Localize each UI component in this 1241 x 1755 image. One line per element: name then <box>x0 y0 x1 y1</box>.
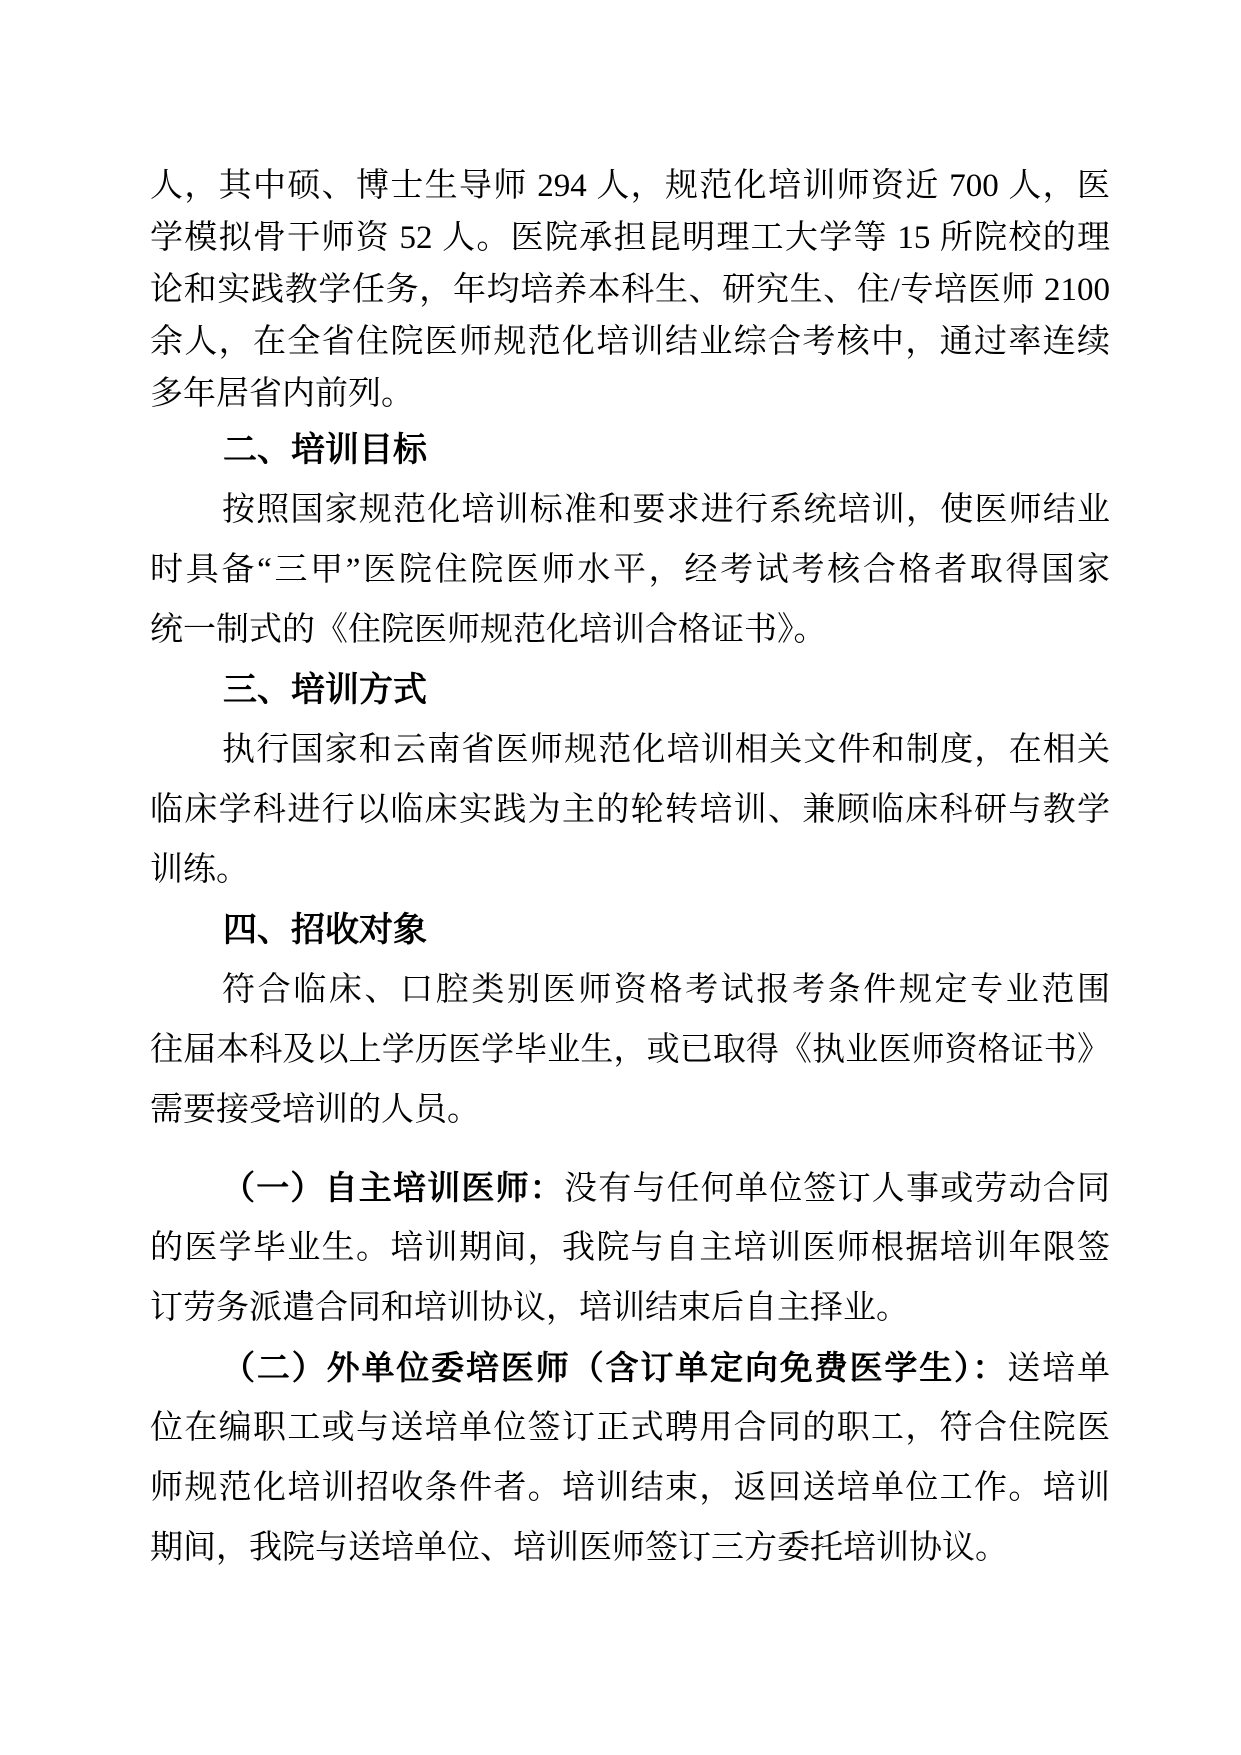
paragraph-external-unit-trainees: （二）外单位委培医师（含订单定向免费医学生）：送培单 位在编职工或与送培单位签订… <box>150 1338 1110 1578</box>
item-1-bold-label: （一）自主培训医师： <box>222 1169 564 1206</box>
text-line: 符合临床、口腔类别医师资格考试报考条件规定专业范围应、 <box>150 960 1110 1020</box>
text-line: 按照国家规范化培训标准和要求进行系统培训，使医师结业 <box>150 480 1110 540</box>
text-line: （二）外单位委培医师（含订单定向免费医学生）：送培单 <box>150 1338 1110 1398</box>
heading-recruitment-targets: 四、招收对象 <box>150 900 1110 960</box>
text-line: 训练。 <box>150 840 1110 900</box>
text-line: 需要接受培训的人员。 <box>150 1080 1110 1140</box>
text-line: 多年居省内前列。 <box>150 368 1110 420</box>
text-line: 的医学毕业生。培训期间，我院与自主培训医师根据培训年限签 <box>150 1218 1110 1278</box>
text-line: （一）自主培训医师：没有与任何单位签订人事或劳动合同 <box>150 1158 1110 1218</box>
text-line: 师规范化培训招收条件者。培训结束，返回送培单位工作。培训 <box>150 1458 1110 1518</box>
heading-training-goal: 二、培训目标 <box>150 420 1110 480</box>
text-line: 执行国家和云南省医师规范化培训相关文件和制度，在相关 <box>150 720 1110 780</box>
text-line: 临床学科进行以临床实践为主的轮转培训、兼顾临床科研与教学 <box>150 780 1110 840</box>
item-1-lead-text: 没有与任何单位签订人事或劳动合同 <box>564 1171 1110 1207</box>
heading-training-method: 三、培训方式 <box>150 660 1110 720</box>
paragraph-recruitment-targets: 符合临床、口腔类别医师资格考试报考条件规定专业范围应、 往届本科及以上学历医学毕… <box>150 960 1110 1140</box>
text-line: 期间，我院与送培单位、培训医师签订三方委托培训协议。 <box>150 1518 1110 1578</box>
paragraph-intro-tail: 人，其中硕、博士生导师 294 人，规范化培训师资近 700 人，医 学模拟骨干… <box>150 160 1110 420</box>
paragraph-training-method: 执行国家和云南省医师规范化培训相关文件和制度，在相关 临床学科进行以临床实践为主… <box>150 720 1110 900</box>
paragraph-self-funded-trainees: （一）自主培训医师：没有与任何单位签订人事或劳动合同 的医学毕业生。培训期间，我… <box>150 1158 1110 1338</box>
document-page: 人，其中硕、博士生导师 294 人，规范化培训师资近 700 人，医 学模拟骨干… <box>0 0 1241 1755</box>
text-line: 统一制式的《住院医师规范化培训合格证书》。 <box>150 600 1110 660</box>
item-2-bold-label: （二）外单位委培医师（含订单定向免费医学生）： <box>222 1349 1007 1386</box>
text-line: 时具备“三甲”医院住院医师水平，经考试考核合格者取得国家 <box>150 540 1110 600</box>
text-line: 人，其中硕、博士生导师 294 人，规范化培训师资近 700 人，医 <box>150 160 1110 212</box>
item-2-lead-text: 送培单 <box>1007 1351 1110 1387</box>
text-line: 往届本科及以上学历医学毕业生，或已取得《执业医师资格证书》 <box>150 1020 1110 1080</box>
text-line: 位在编职工或与送培单位签订正式聘用合同的职工，符合住院医 <box>150 1398 1110 1458</box>
text-line: 订劳务派遣合同和培训协议，培训结束后自主择业。 <box>150 1278 1110 1338</box>
text-line: 学模拟骨干师资 52 人。医院承担昆明理工大学等 15 所院校的理 <box>150 212 1110 264</box>
paragraph-training-goal: 按照国家规范化培训标准和要求进行系统培训，使医师结业 时具备“三甲”医院住院医师… <box>150 480 1110 660</box>
text-line: 余人，在全省住院医师规范化培训结业综合考核中，通过率连续 <box>150 316 1110 368</box>
document-content: 人，其中硕、博士生导师 294 人，规范化培训师资近 700 人，医 学模拟骨干… <box>150 160 1110 1578</box>
text-line: 论和实践教学任务，年均培养本科生、研究生、住/专培医师 2100 <box>150 264 1110 316</box>
